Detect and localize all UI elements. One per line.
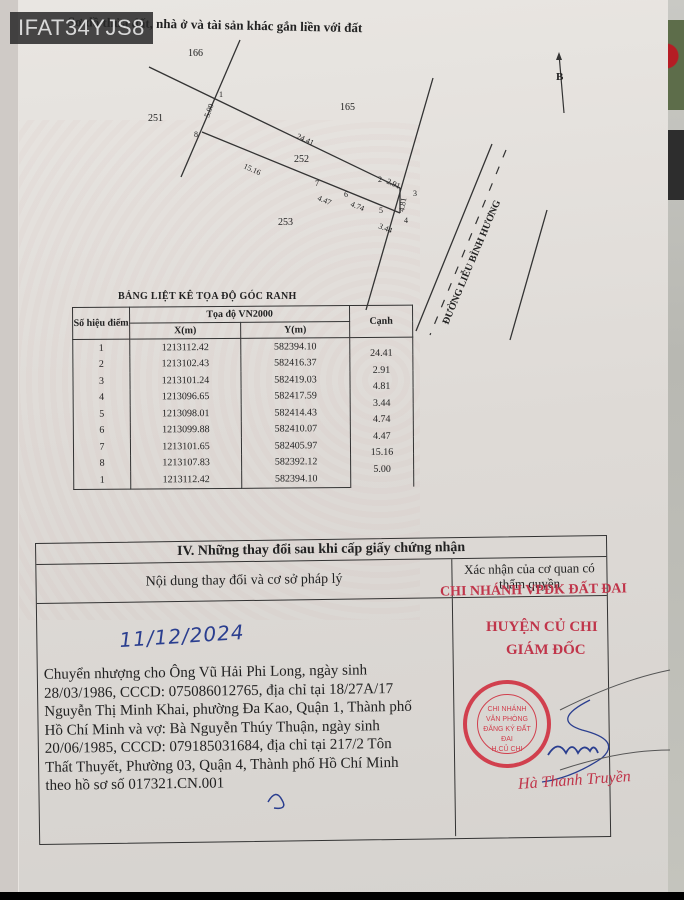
watermark-id: IFAT34YJS8 [10,12,153,44]
initials-signature-icon [268,794,284,808]
signature-scribbles [0,0,684,900]
bottom-bar [0,892,684,900]
director-signature-icon [548,746,598,755]
